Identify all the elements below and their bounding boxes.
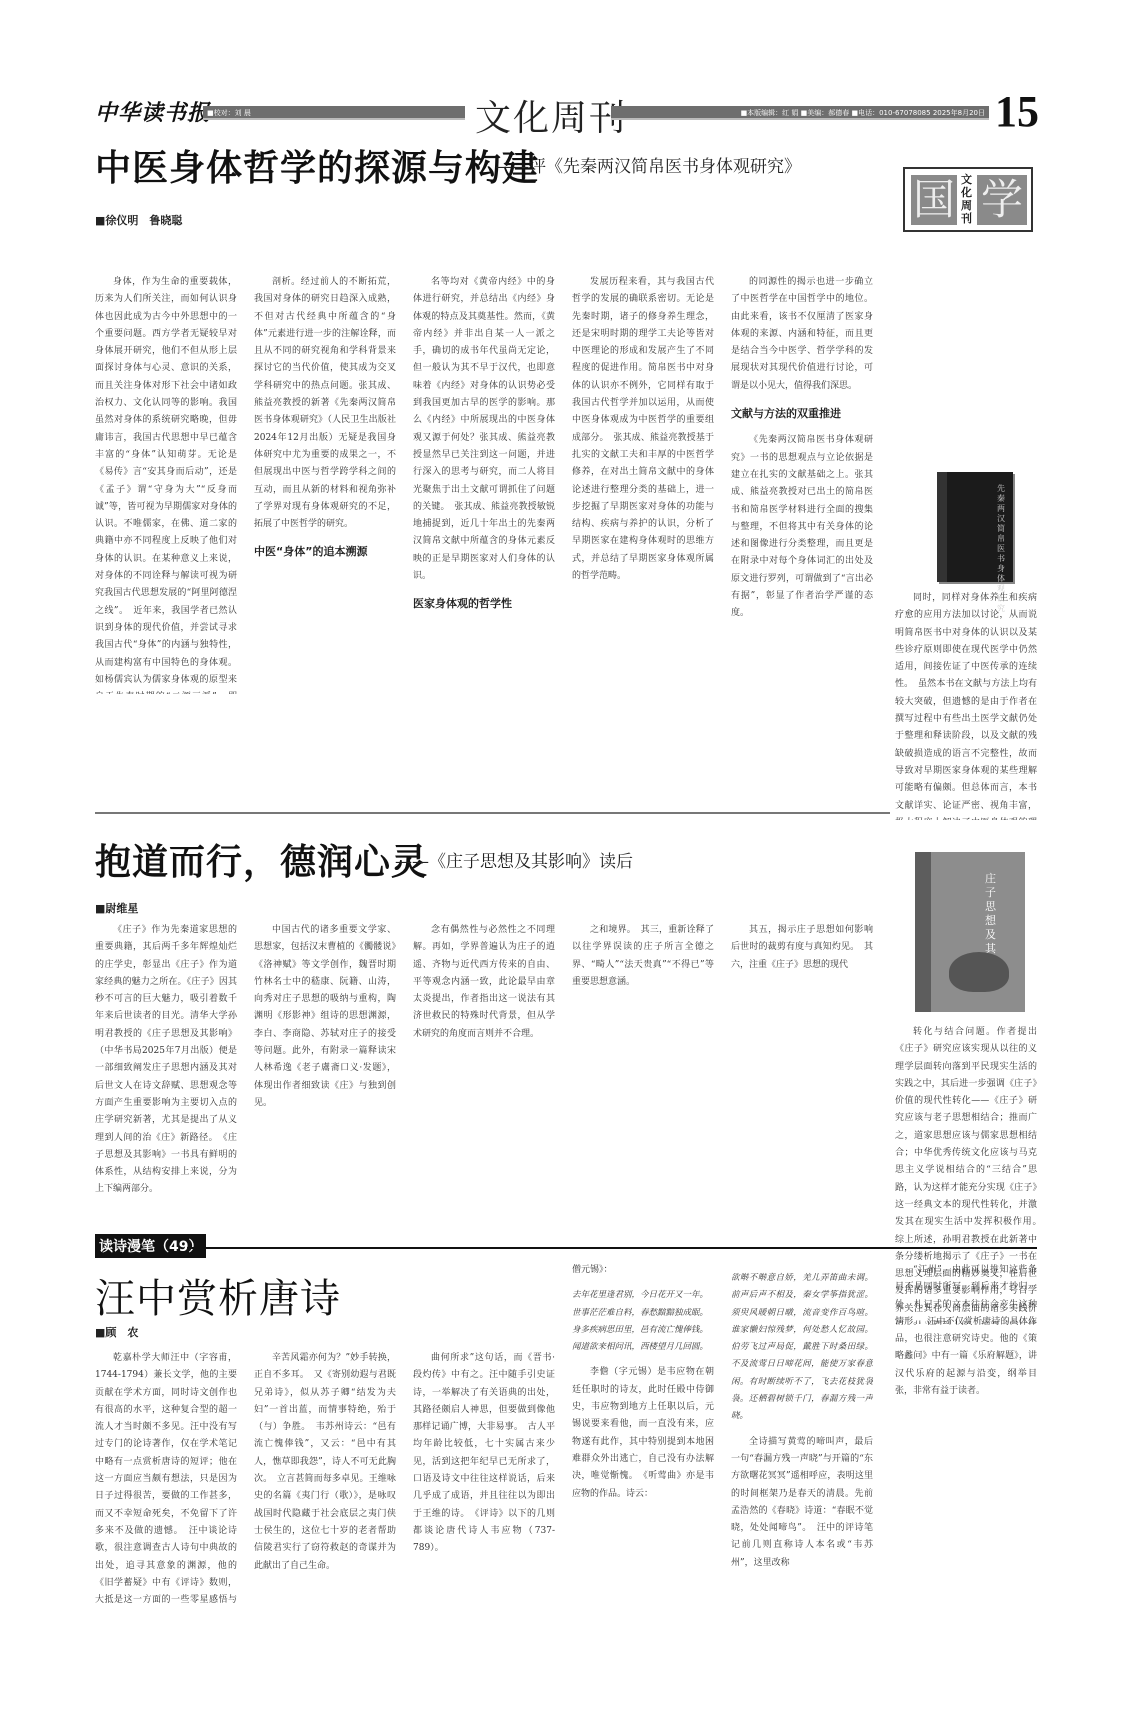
article2-title: 抱道而行，德润心灵: [95, 834, 428, 885]
poem: 去年花里逢君别，今日花开又一年。 世事茫茫难自料，春愁黯黯独成眠。 身多疾病思田…: [572, 1287, 714, 1356]
article3-column-6: “江州”，由此可以推知这些条目不是同时所写，到后来才抄归一处。札记式的文本往往会…: [895, 1262, 1037, 1612]
article2-subtitle: ——《庄子思想及其影响》读后: [395, 847, 633, 872]
newspaper-page: 中华读书报 ■校对：刘 晨 文化周刊 ■本版编辑：红 娟 ■美编：郝德春 ■电话…: [95, 92, 1040, 1612]
article2-column-1: 《庄子》作为先秦道家思想的重要典籍，其后两千多年辉煌灿烂的庄学史，彰显出《庄子》…: [95, 922, 237, 1322]
proofreader-bar: ■校对：刘 晨: [203, 106, 465, 120]
subheading: 医家身体观的哲学性: [413, 595, 555, 612]
guoxue-badge-icon: 国 文化周刊 学: [903, 167, 1033, 232]
article1-column-3: 名等均对《黄帝内经》中的身体进行研究，并总结出《内经》身体观的特点及其奠基性。然…: [413, 274, 555, 694]
newspaper-logo: 中华读书报: [95, 96, 210, 127]
article1-column-1: 身体，作为生命的重要载体，历来为人们所关注，而如何认识身体也因此成为古今中外思想…: [95, 274, 237, 694]
article1-column-4: 发展历程来看，其与我国古代哲学的发展的确联系密切。无论是先秦时期，诸子的修身养生…: [572, 274, 714, 694]
article2-column-3: 念有偶然性与必然性之不同理解。再如，学界普遍认为庄子的逍遥、齐物与近代西方传来的…: [413, 922, 555, 1322]
article1-title: 中医身体哲学的探源与构建: [95, 140, 539, 191]
article3-column-1: 乾嘉朴学大师汪中（字容甫，1744-1794）兼长文学，他的主要贡献在学术方面，…: [95, 1350, 237, 1610]
badge-glyph-guo: 国: [911, 175, 957, 225]
subheading: 文献与方法的双重推进: [731, 405, 873, 422]
article3-byline: ■顾 农: [95, 1324, 138, 1340]
page-number: 15: [995, 86, 1039, 137]
badge-glyph-xue: 学: [977, 175, 1027, 225]
article1-column-2: 剖析。经过前人的不断拓荒，我国对身体的研究日趋深入成熟，不但对古代经典中所蕴含的…: [254, 274, 396, 694]
series-tag: 读诗漫笔（49）: [95, 1234, 206, 1258]
poem: 欲啭不啭意自娇，羌儿弄笛曲未调。前声后声不相及，秦女学筝指犹涩。须臾风暖朝日暾，…: [731, 1270, 873, 1426]
article3-column-3: 曲何所求”这句话，而《晋书·段灼传》中有之。汪中随手引史证诗，一举解决了有关语典…: [413, 1350, 555, 1610]
badge-vertical-text: 文化周刊: [961, 173, 975, 225]
article3-column-2: 辛苦风霜亦何为？”妙手转换，正自不多耳。 又《寄别幼遐与君既兄弟诗》，似从苏子卿…: [254, 1350, 396, 1610]
article3-column-4: 僧元锡》： 去年花里逢君别，今日花开又一年。 世事茫茫难自料，春愁黯黯独成眠。 …: [572, 1262, 714, 1612]
article2-column-2: 中国古代的诸多重要文学家、思想家，包括汉末曹植的《髑髅说》《洛神赋》等文学创作，…: [254, 922, 396, 1322]
article1-column-5: 的同源性的揭示也进一步确立了中医哲学在中国哲学中的地位。由此来看，该书不仅厘清了…: [731, 274, 873, 694]
article1-subtitle: ——评《先秦两汉简帛医书身体观研究》: [495, 152, 801, 177]
tree-illustration-icon: [949, 952, 1009, 992]
book-cover-image: 先秦两汉简帛医书身体观研究: [937, 472, 1013, 582]
article3-title: 汪中赏析唐诗: [95, 1267, 341, 1324]
article1-column-6: 同时，同样对身体养生和疾病疗愈的应用方法加以讨论，从而说明简帛医书中对身体的认识…: [895, 590, 1037, 820]
section-divider: [95, 812, 890, 814]
article2-byline: ■尉维星: [95, 900, 138, 916]
article3-column-5: 欲啭不啭意自娇，羌儿弄笛曲未调。前声后声不相及，秦女学筝指犹涩。须臾风暖朝日暾，…: [731, 1262, 873, 1612]
article1-byline: ■徐仪明 鲁晓聪: [95, 212, 182, 228]
subheading: 中医“身体”的追本溯源: [254, 543, 396, 560]
series-divider: [187, 1247, 1037, 1249]
book-cover-image: 庄子思想及其影响: [915, 852, 1025, 1012]
editor-info-bar: ■本版编辑：红 娟 ■美编：郝德春 ■电话：010-67078085 2025年…: [611, 106, 989, 120]
section-title: 文化周刊: [475, 90, 627, 141]
masthead: 中华读书报 ■校对：刘 晨 文化周刊 ■本版编辑：红 娟 ■美编：郝德春 ■电话…: [95, 92, 1040, 138]
